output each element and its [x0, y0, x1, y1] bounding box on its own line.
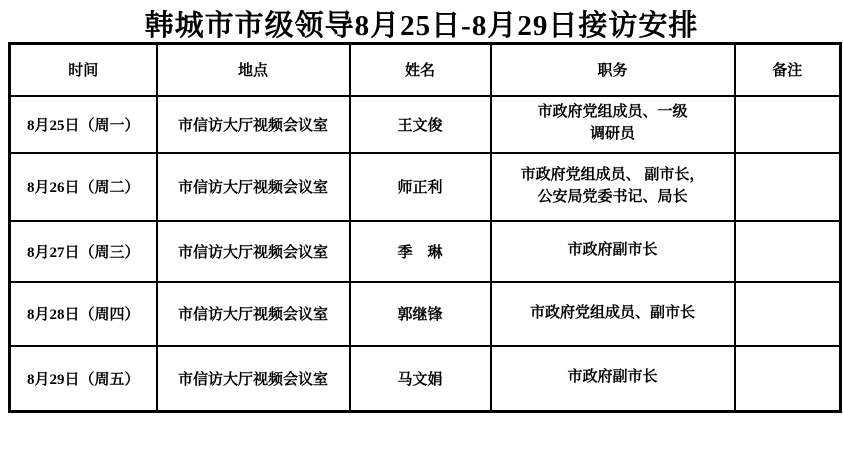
cell-note: [735, 221, 841, 282]
col-header-location: 地点: [157, 44, 350, 96]
cell-name: 师正利: [350, 153, 491, 221]
schedule-table: 时间 地点 姓名 职务 备注 8月25日（周一） 市信访大厅视频会议室 王文俊 …: [8, 42, 842, 413]
cell-location: 市信访大厅视频会议室: [157, 221, 350, 282]
cell-position: 市政府党组成员、 副市长， 公安局党委书记、局长: [491, 153, 735, 221]
cell-position: 市政府副市长: [491, 346, 735, 412]
cell-time: 8月28日（周四）: [10, 282, 157, 346]
document-page: 韩城市市级领导8月25日-8月29日接访安排 时间 地点 姓名 职务 备注 8月…: [0, 0, 843, 451]
cell-location: 市信访大厅视频会议室: [157, 96, 350, 153]
table-row-monday: 8月25日（周一） 市信访大厅视频会议室 王文俊 市政府党组成员、一级 调研员: [10, 96, 841, 153]
table-row-friday: 8月29日（周五） 市信访大厅视频会议室 马文娟 市政府副市长: [10, 346, 841, 412]
col-header-name: 姓名: [350, 44, 491, 96]
table-row-tuesday: 8月26日（周二） 市信访大厅视频会议室 师正利 市政府党组成员、 副市长， 公…: [10, 153, 841, 221]
cell-name: 马文娟: [350, 346, 491, 412]
cell-name: 王文俊: [350, 96, 491, 153]
cell-note: [735, 346, 841, 412]
cell-name: 季 琳: [350, 221, 491, 282]
cell-location: 市信访大厅视频会议室: [157, 346, 350, 412]
cell-time: 8月25日（周一）: [10, 96, 157, 153]
cell-note: [735, 96, 841, 153]
cell-name: 郭继锋: [350, 282, 491, 346]
cell-time: 8月26日（周二）: [10, 153, 157, 221]
cell-position: 市政府副市长: [491, 221, 735, 282]
table-row-wednesday: 8月27日（周三） 市信访大厅视频会议室 季 琳 市政府副市长: [10, 221, 841, 282]
cell-position: 市政府党组成员、副市长: [491, 282, 735, 346]
cell-time: 8月27日（周三）: [10, 221, 157, 282]
cell-position: 市政府党组成员、一级 调研员: [491, 96, 735, 153]
cell-location: 市信访大厅视频会议室: [157, 282, 350, 346]
cell-time: 8月29日（周五）: [10, 346, 157, 412]
cell-location: 市信访大厅视频会议室: [157, 153, 350, 221]
col-header-position: 职务: [491, 44, 735, 96]
cell-note: [735, 282, 841, 346]
table-header-row: 时间 地点 姓名 职务 备注: [10, 44, 841, 96]
col-header-time: 时间: [10, 44, 157, 96]
col-header-note: 备注: [735, 44, 841, 96]
page-title: 韩城市市级领导8月25日-8月29日接访安排: [0, 0, 843, 42]
table-row-thursday: 8月28日（周四） 市信访大厅视频会议室 郭继锋 市政府党组成员、副市长: [10, 282, 841, 346]
cell-note: [735, 153, 841, 221]
